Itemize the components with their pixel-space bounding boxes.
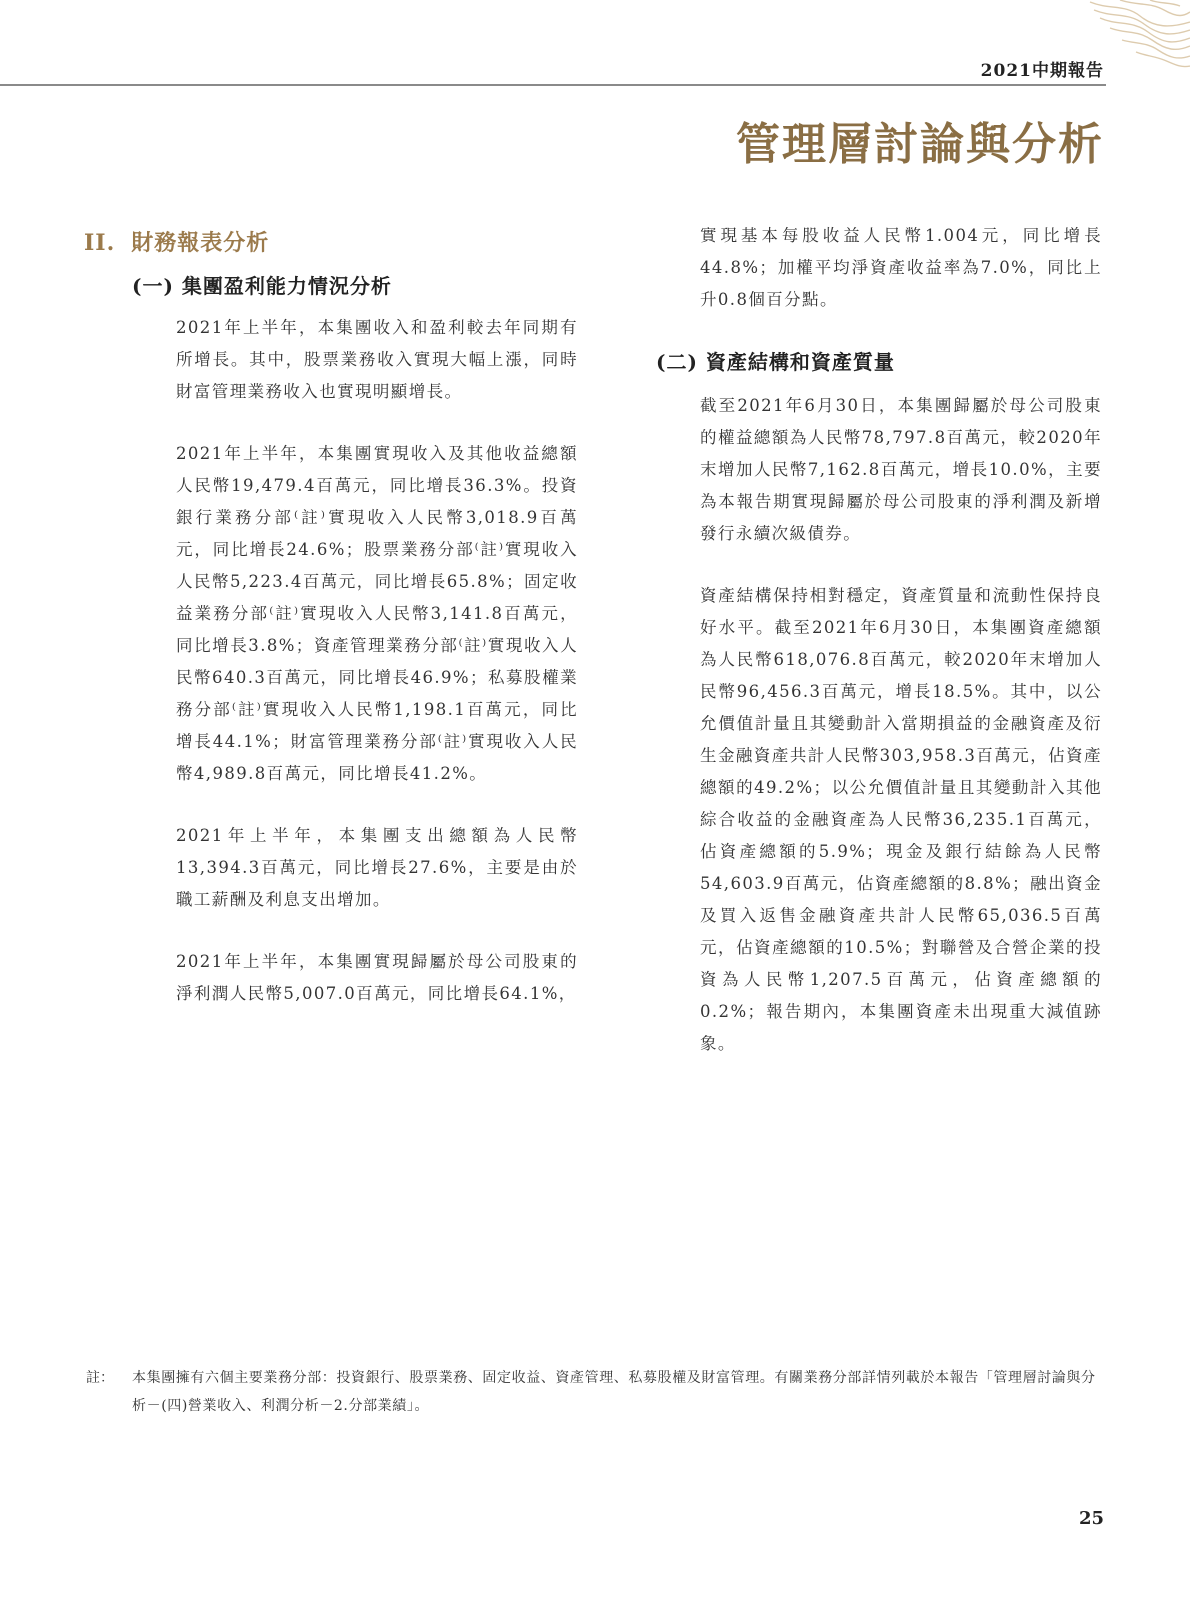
page-number: 25	[1079, 1508, 1104, 1529]
paragraph-3: 2021年上半年，本集團支出總額為人民幣13,394.3百萬元，同比增長27.6…	[176, 820, 578, 916]
footnote: 註： 本集團擁有六個主要業務分部：投資銀行、股票業務、固定收益、資產管理、私募股…	[86, 1364, 1106, 1420]
paragraph-1: 2021年上半年，本集團收入和盈利較去年同期有所增長。其中，股票業務收入實現大幅…	[176, 312, 578, 408]
section-heading: II.財務報表分析	[84, 226, 269, 257]
section-number: II.	[84, 230, 115, 256]
footnote-text: 本集團擁有六個主要業務分部：投資銀行、股票業務、固定收益、資產管理、私募股權及財…	[132, 1364, 1106, 1420]
paragraph-2: 2021年上半年，本集團實現收入及其他收益總額人民幣19,479.4百萬元，同比…	[176, 438, 578, 790]
header-divider	[0, 84, 1106, 86]
paragraph-4-part-1: 2021年上半年，本集團實現歸屬於母公司股東的淨利潤人民幣5,007.0百萬元，…	[176, 946, 578, 1010]
page-title: 管理層討論與分析	[736, 108, 1104, 172]
footnote-label: 註：	[86, 1364, 114, 1392]
subsection-1-title: (一) 集團盈利能力情況分析	[132, 270, 392, 299]
paragraph-4-part-2: 實現基本每股收益人民幣1.004元，同比增長44.8%；加權平均淨資產收益率為7…	[700, 220, 1102, 316]
subsection-2-title: (二) 資產結構和資產質量	[656, 346, 895, 375]
paragraph-6: 資產結構保持相對穩定，資產質量和流動性保持良好水平。截至2021年6月30日，本…	[700, 580, 1102, 1060]
section-title: 財務報表分析	[131, 230, 269, 256]
report-title: 2021中期報告	[981, 56, 1104, 81]
paragraph-5: 截至2021年6月30日，本集團歸屬於母公司股東的權益總額為人民幣78,797.…	[700, 390, 1102, 550]
